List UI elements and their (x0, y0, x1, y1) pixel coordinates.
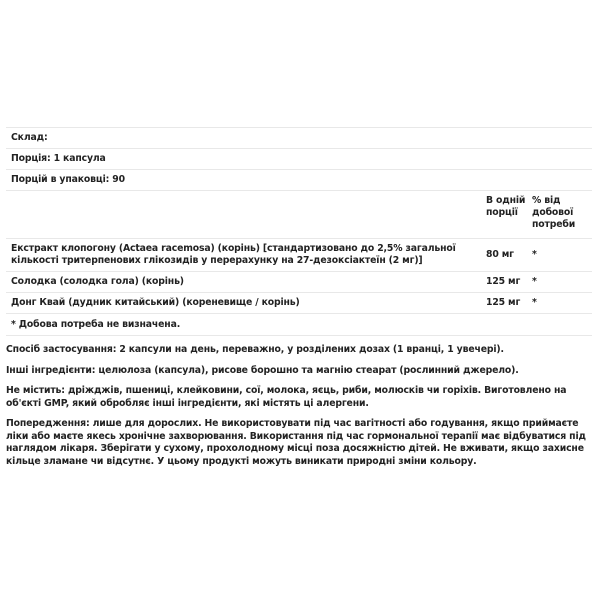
serving-size: Порція: 1 капсула (11, 153, 592, 165)
servings-per-container: Порцій в упаковці: 90 (11, 174, 592, 186)
ingredient-row: Донг Квай (дудник китайський) (кореневищ… (6, 293, 592, 314)
daily-value-column-header: % від добової потреби (532, 195, 592, 231)
other-ingredients-text: Інші інгредієнти: целюлоза (капсула), ри… (6, 365, 592, 378)
footnote: * Добова потреба не визначена. (11, 319, 592, 331)
composition-row: Склад: (6, 128, 592, 149)
amount-column-header: В одній порції (486, 195, 532, 219)
ingredient-name: Екстракт клопогону (Actaea racemosa) (ко… (11, 243, 486, 267)
directions-text: Спосіб застосування: 2 капсули на день, … (6, 344, 592, 357)
ingredient-amount: 80 мг (486, 249, 532, 261)
footnote-row: * Добова потреба не визначена. (6, 314, 592, 336)
supplement-facts-table: Склад: Порція: 1 капсула Порцій в упаков… (6, 127, 592, 336)
ingredient-row: Солодка (солодка гола) (корінь) 125 мг * (6, 272, 592, 293)
allergen-info-text: Не містить: дріжджів, пшениці, клейковин… (6, 385, 592, 410)
servings-per-container-row: Порцій в упаковці: 90 (6, 170, 592, 191)
ingredient-amount: 125 мг (486, 297, 532, 309)
warning-text: Попередження: лише для дорослих. Не вико… (6, 418, 592, 468)
ingredient-daily-value: * (532, 249, 592, 261)
ingredient-daily-value: * (532, 297, 592, 309)
product-notes: Спосіб застосування: 2 капсули на день, … (6, 344, 592, 476)
composition-label: Склад: (11, 132, 592, 144)
table-header-row: В одній порції % від добової потреби (6, 191, 592, 239)
ingredient-amount: 125 мг (486, 276, 532, 288)
ingredient-daily-value: * (532, 276, 592, 288)
ingredient-name: Донг Квай (дудник китайський) (кореневищ… (11, 297, 486, 309)
serving-size-row: Порція: 1 капсула (6, 149, 592, 170)
ingredient-name: Солодка (солодка гола) (корінь) (11, 276, 486, 288)
ingredient-row: Екстракт клопогону (Actaea racemosa) (ко… (6, 239, 592, 272)
